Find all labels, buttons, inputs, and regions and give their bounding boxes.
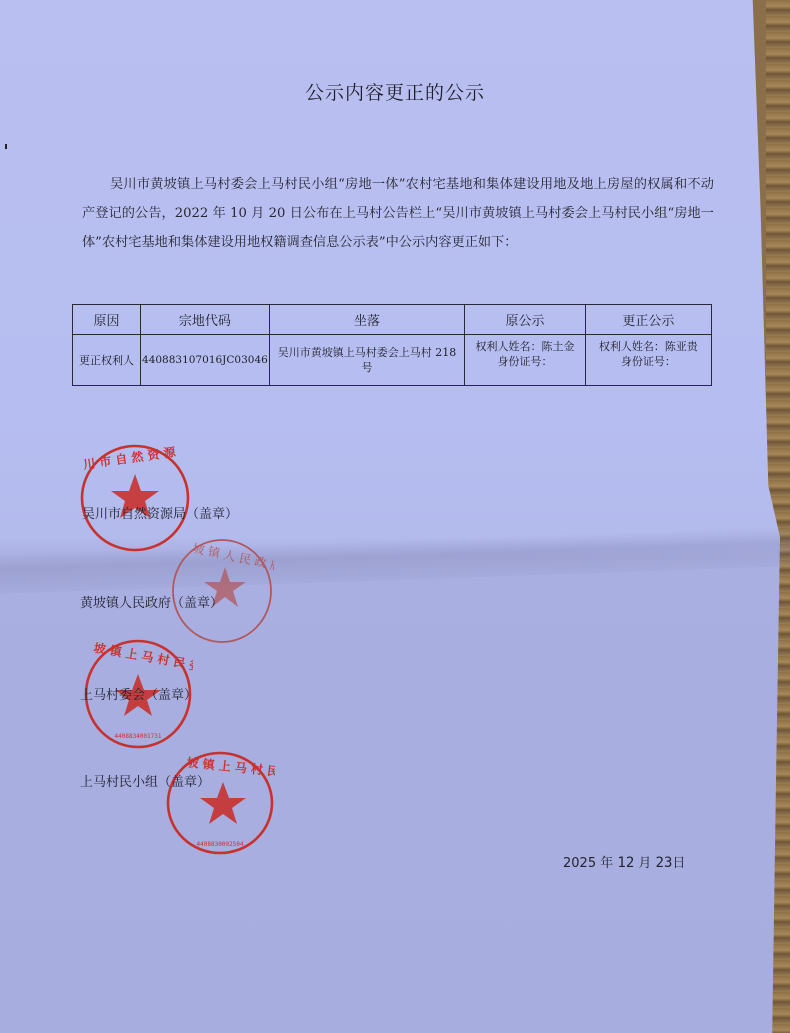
header-location: 坐落 — [269, 305, 464, 335]
edge-mark — [5, 144, 7, 149]
date-year-unit: 年 — [600, 856, 613, 871]
date-day-unit: 日 — [672, 856, 685, 871]
header-original: 原公示 — [465, 305, 586, 335]
signature-township-government: 黄坡镇人民政府（盖章） — [80, 592, 223, 611]
corrected-id-number: 身份证号： — [587, 354, 710, 369]
seal-2-text: 坡 镇 人 民 政 府 — [191, 540, 274, 574]
signature-village-committee: 上马村委会（盖章） — [80, 684, 197, 703]
seal-3-text: 坡 镇 上 马 村 民 委 — [93, 640, 193, 674]
cell-location: 吴川市黄坡镇上马村委会上马村 218 号 — [269, 335, 464, 386]
correction-table: 原因 宗地代码 坐落 原公示 更正公示 更正权利人 440883107016JC… — [72, 304, 712, 386]
notice-paragraph: 吴川市黄坡镇上马村委会上马村民小组“房地一体”农村宅基地和集体建设用地及地上房屋… — [82, 170, 714, 257]
header-parcel-code: 宗地代码 — [141, 305, 270, 335]
cell-parcel-code: 440883107016JC03046 — [141, 335, 270, 386]
seal-3-code: 4408834001731 — [115, 733, 162, 740]
original-id-number: 身份证号： — [466, 354, 584, 369]
table-header-row: 原因 宗地代码 坐落 原公示 更正公示 — [73, 305, 712, 335]
document-date: 2025 年 12 月 23日 — [563, 852, 685, 871]
original-owner-name: 权利人姓名：陈土金 — [466, 339, 584, 354]
header-corrected: 更正公示 — [585, 305, 711, 335]
cell-original: 权利人姓名：陈土金 身份证号： — [465, 335, 586, 386]
cell-corrected: 权利人姓名：陈亚贵 身份证号： — [585, 335, 711, 386]
date-year: 2025 — [563, 856, 596, 871]
official-seal-icon: 坡 镇 上 马 村 民 4408830002504 — [165, 750, 275, 856]
seal-4-code: 4408830002504 — [197, 841, 244, 848]
table-row: 更正权利人 440883107016JC03046 吴川市黄坡镇上马村委会上马村… — [73, 335, 712, 386]
header-reason: 原因 — [73, 305, 141, 335]
date-month: 12 — [617, 855, 634, 871]
cell-reason: 更正权利人 — [73, 335, 141, 386]
date-day: 23 — [656, 855, 673, 871]
date-month-unit: 月 — [638, 856, 651, 871]
official-seal-icon: 坡 镇 人 民 政 府 — [170, 537, 274, 645]
seal-1-text: 川 市 自 然 资 源 — [82, 444, 177, 472]
document-title: 公示内容更正的公示 — [0, 78, 790, 105]
signature-natural-resources-bureau: 吴川市自然资源局（盖章） — [82, 503, 238, 522]
corrected-owner-name: 权利人姓名：陈亚贵 — [587, 339, 710, 354]
signature-villager-group: 上马村民小组（盖章） — [80, 771, 210, 790]
